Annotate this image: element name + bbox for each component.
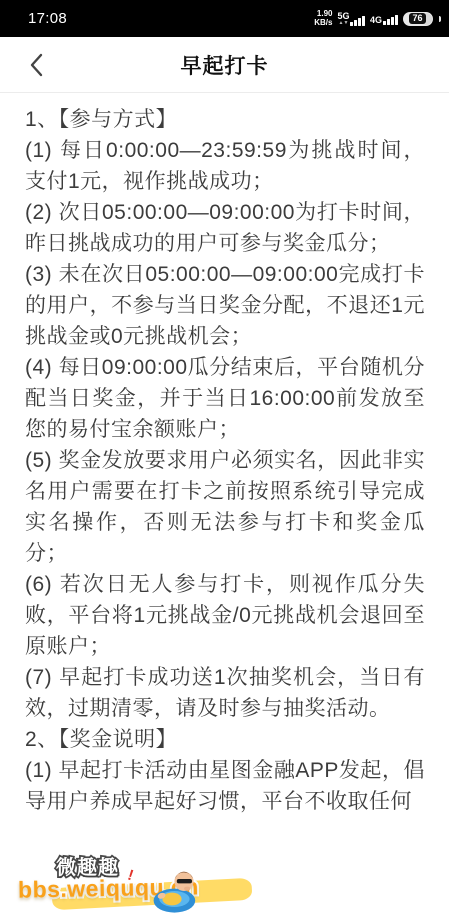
data-arrows-icon: ▲▼: [339, 21, 349, 26]
rule-item: (1) 早起打卡活动由星图金融APP发起，倡导用户养成早起好习惯，平台不收取任何: [25, 755, 425, 817]
battery-nub: [439, 16, 442, 22]
rule-item: (7) 早起打卡成功送1次抽奖机会，当日有效，过期清零，请及时参与抽奖活动。: [25, 662, 425, 724]
section2-heading: 2、【奖金说明】: [25, 724, 425, 755]
signal-bars-icon: [350, 14, 365, 26]
rule-item: (2) 次日05:00:00—09:00:00为打卡时间，昨日挑战成功的用户可参…: [25, 197, 425, 259]
nav-bar: 早起打卡: [0, 37, 449, 93]
rule-item: (3) 未在次日05:00:00—09:00:00完成打卡的用户，不参与当日奖金…: [25, 259, 425, 352]
back-button[interactable]: [14, 37, 58, 92]
phone-screen: 17:08 1.90 KB/s 5G ▲▼ 4G 76: [0, 0, 449, 920]
sim2-signal: 4G: [370, 13, 398, 25]
back-chevron-icon: [29, 53, 43, 77]
rule-item: (4) 每日09:00:00瓜分结束后，平台随机分配当日奖金，并于当日16:00…: [25, 352, 425, 445]
status-icons: 1.90 KB/s 5G ▲▼ 4G 76: [314, 10, 441, 27]
sim2-label: 4G: [370, 16, 382, 25]
battery-icon: 76: [403, 12, 433, 26]
sim1-signal: 5G ▲▼: [337, 12, 365, 26]
network-speed-indicator: 1.90 KB/s: [314, 10, 332, 27]
rule-item: (1) 每日0:00:00—23:59:59为挑战时间，支付1元，视作挑战成功；: [25, 135, 425, 197]
clock: 17:08: [28, 10, 67, 27]
section1-heading: 1、【参与方式】: [25, 104, 425, 135]
network-speed-unit: KB/s: [314, 19, 332, 28]
rules-scroll-area[interactable]: 1、【参与方式】 (1) 每日0:00:00—23:59:59为挑战时间，支付1…: [0, 94, 449, 920]
battery-percent: 76: [409, 13, 425, 24]
page-title: 早起打卡: [181, 50, 269, 80]
rule-item: (6) 若次日无人参与打卡，则视作瓜分失败，平台将1元挑战金/0元挑战机会退回至…: [25, 569, 425, 662]
rule-item: (5) 奖金发放要求用户必须实名，因此非实名用户需要在打卡之前按照系统引导完成实…: [25, 445, 425, 569]
signal-bars-icon: [383, 13, 398, 25]
status-bar: 17:08 1.90 KB/s 5G ▲▼ 4G 76: [0, 0, 449, 37]
